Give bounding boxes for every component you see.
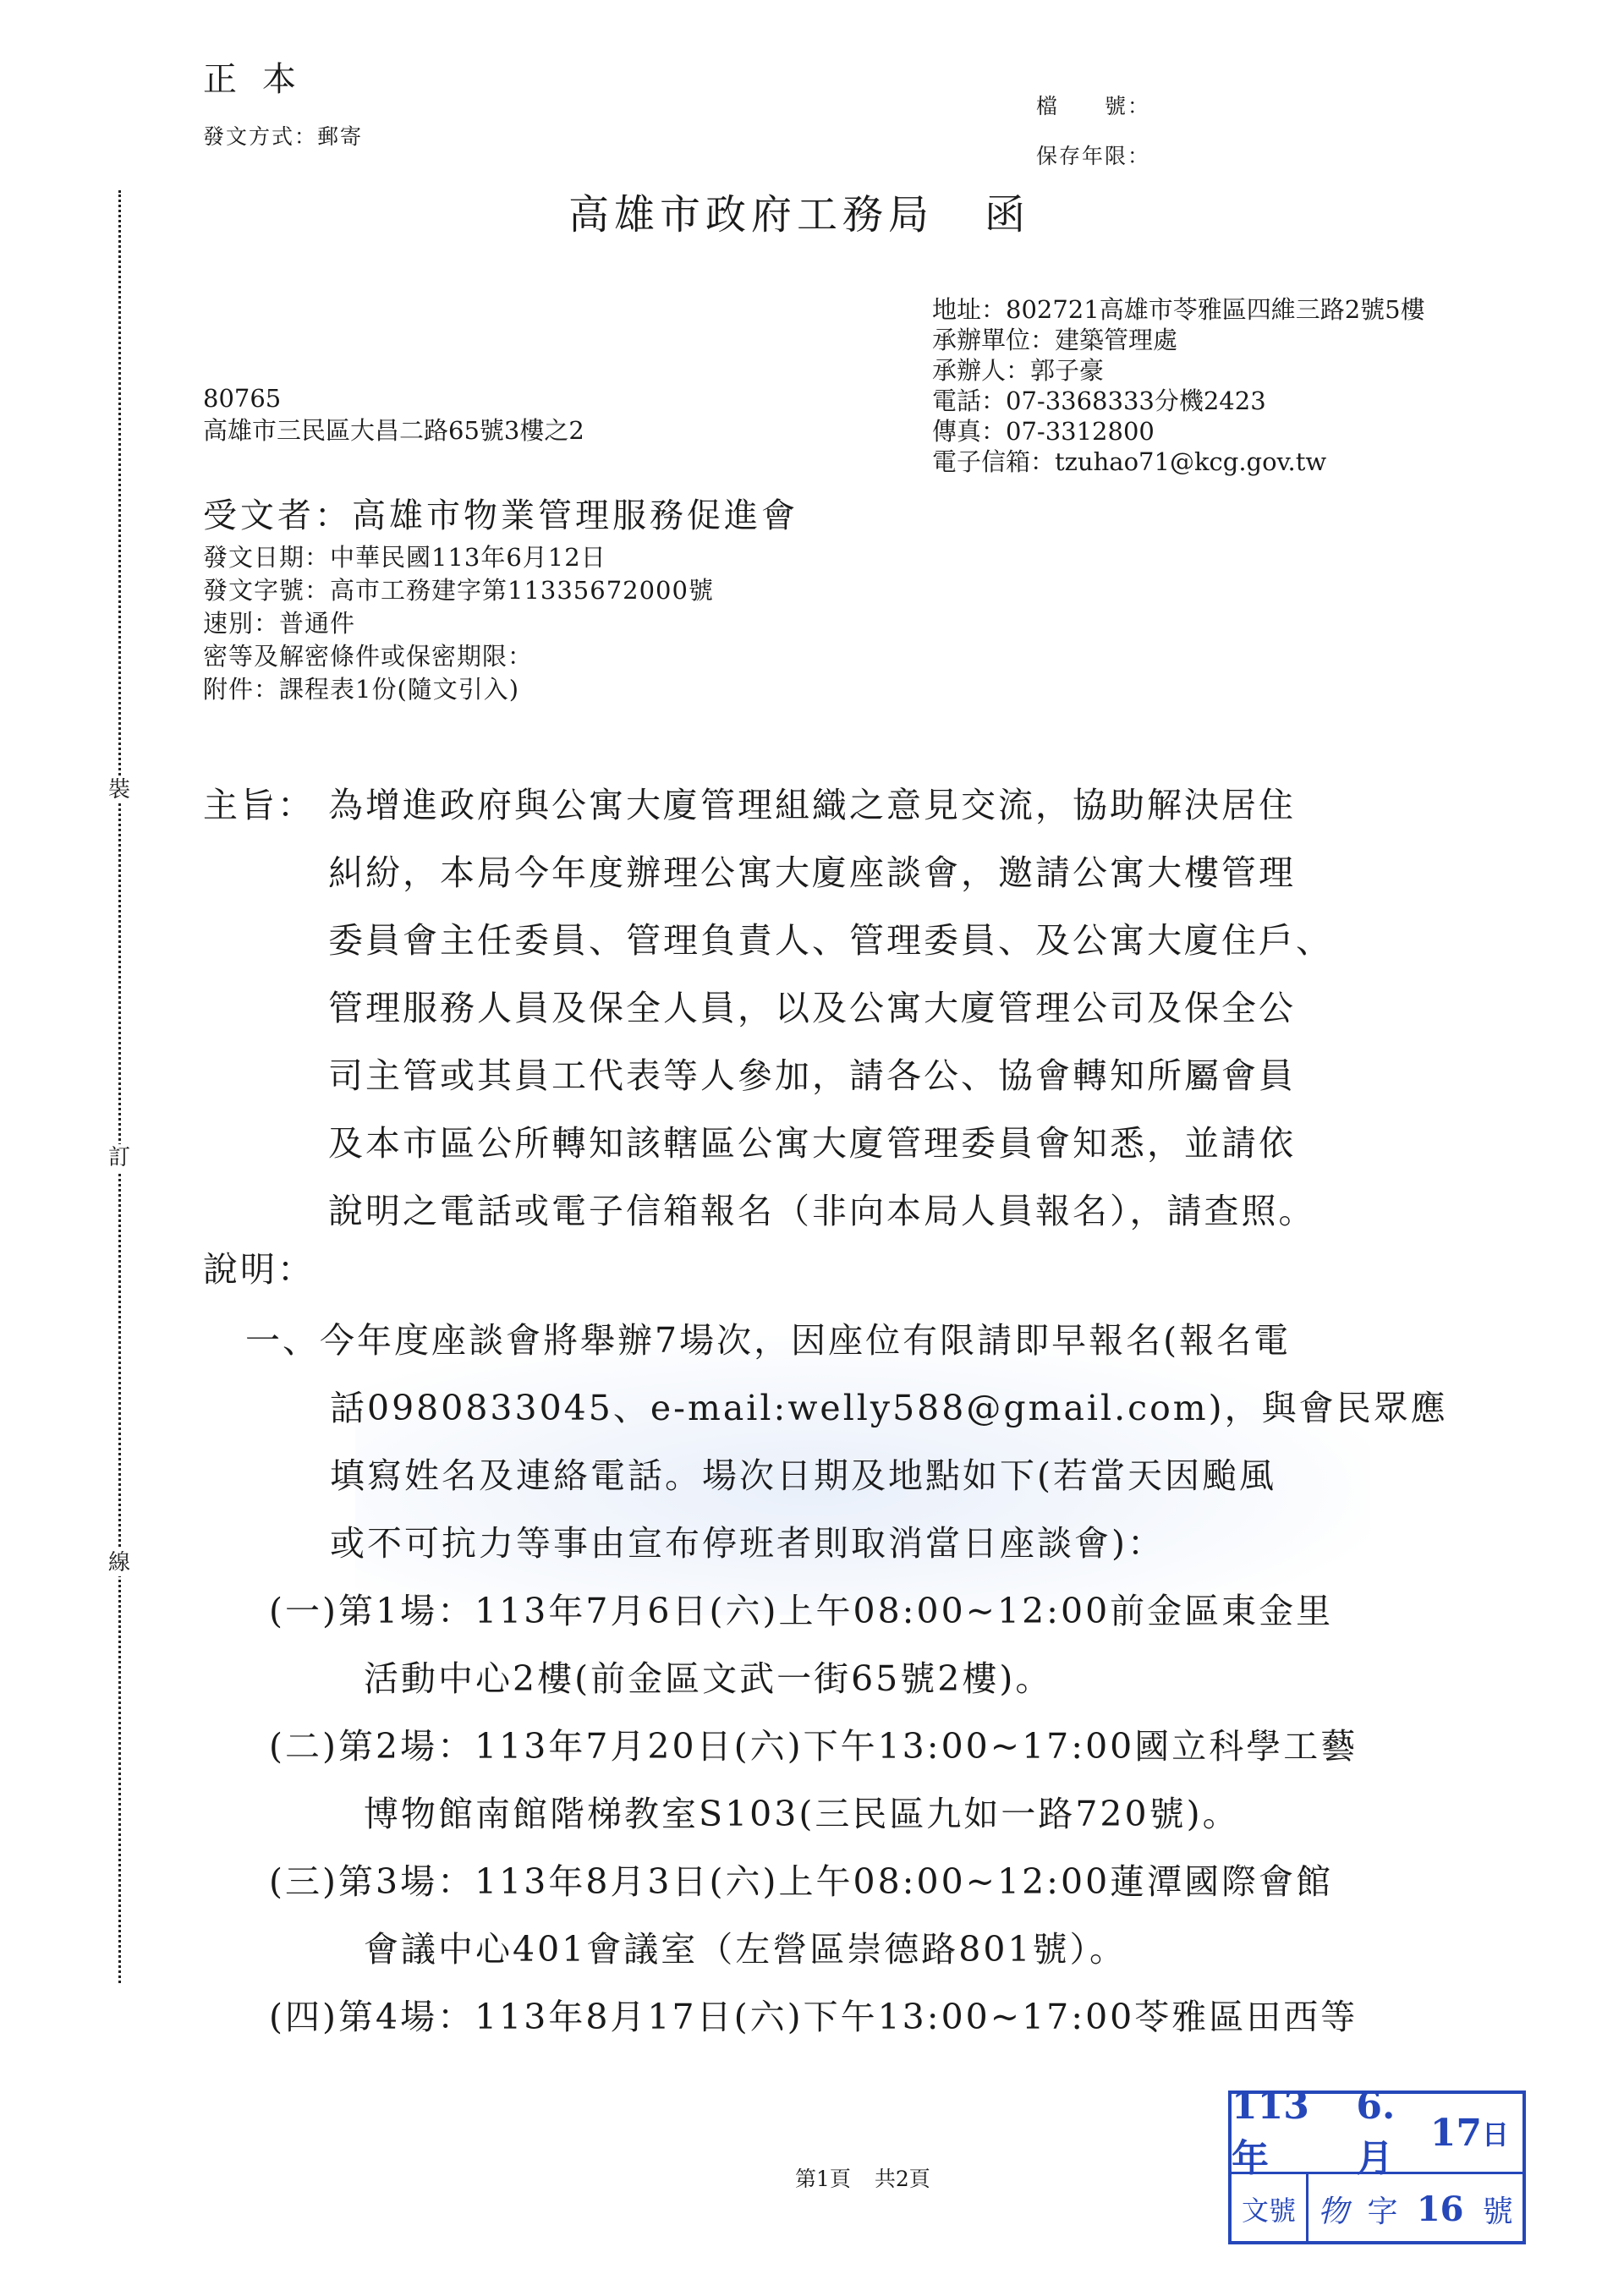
session-line: (三)第3場：113年8月3日(六)上午08:00~12:00蓮潭國際會館 [269, 1848, 1333, 1915]
session-line: (二)第2場：113年7月20日(六)下午13:00~17:00國立科學工藝 [269, 1712, 1358, 1780]
session-3: (三)第3場：113年8月3日(六)上午08:00~12:00蓮潭國際會館 會議… [269, 1848, 1333, 1983]
stamp-day: 17 [1430, 2112, 1482, 2155]
explanation-line: 填寫姓名及連絡電話。場次日期及地點如下(若當天因颱風 [245, 1442, 1448, 1510]
stamp-doc-number-row: 文號 物 字 16 號 [1232, 2174, 1522, 2244]
binding-mark-ding: 訂 [106, 1144, 133, 1171]
issuer-fax: 傳真：07-3312800 [932, 416, 1425, 447]
subject-label: 主旨： [203, 771, 328, 839]
title-org: 高雄市政府工務局 [568, 191, 934, 238]
subject-line: 糾紛，本局今年度辦理公寓大廈座談會，邀請公寓大樓管理 [203, 839, 1333, 907]
stamp-date: 113年 6.月 17 日 [1232, 2094, 1522, 2174]
stamp-year: 113年 [1232, 2085, 1343, 2182]
subject-line: 委員會主任委員、管理負責人、管理委員、及公寓大廈住戶、 [203, 907, 1333, 974]
title-kind: 函 [985, 191, 1030, 238]
session-line: 會議中心401會議室（左營區崇德路801號）。 [269, 1915, 1333, 1983]
issuer-info: 地址：802721高雄市苓雅區四維三路2號5樓 承辦單位：建築管理處 承辦人：郭… [932, 294, 1425, 477]
stamp-month: 6.月 [1356, 2085, 1429, 2182]
stamp-doc-word: 字 [1367, 2188, 1397, 2231]
subject-line: 為增進政府與公寓大廈管理組織之意見交流，協助解決居住 [328, 785, 1296, 825]
binding-mark-xian: 線 [106, 1549, 133, 1576]
page-footer: 第1頁共2頁 [795, 2162, 930, 2193]
copy-type: 正本 [203, 52, 321, 101]
send-method: 發文方式：郵寄 [203, 120, 363, 151]
issuer-email: 電子信箱：tzuhao71@kcg.gov.tw [932, 447, 1425, 477]
secrecy-level: 密等及解密條件或保密期限： [203, 640, 714, 673]
attachment: 附件：課程表1份(隨文引入) [203, 673, 714, 706]
session-line: 博物館南館階梯教室S103(三民區九如一路720號)。 [269, 1780, 1358, 1848]
explanation-line: 話0980833045、e-mail:welly588@gmail.com)，與… [245, 1374, 1448, 1442]
speed-class: 速別：普通件 [203, 607, 714, 640]
session-line: 活動中心2樓(前金區文武一街65號2樓)。 [269, 1645, 1333, 1712]
stamp-doc-value: 物 字 16 號 [1309, 2188, 1522, 2231]
issue-date: 發文日期：中華民國113年6月12日 [203, 541, 714, 574]
explanation-line: 或不可抗力等事由宣布停班者則取消當日座談會)： [245, 1510, 1448, 1577]
stamp-doc-label: 文號 [1232, 2174, 1309, 2244]
subject-line: 管理服務人員及保全人員，以及公寓大廈管理公司及保全公 [203, 974, 1333, 1042]
issuer-phone: 電話：07-3368333分機2423 [932, 386, 1425, 416]
document-title: 高雄市政府工務局函 [568, 182, 1030, 240]
received-date-stamp: 113年 6.月 17 日 文號 物 字 16 號 [1228, 2091, 1526, 2244]
issuer-unit: 承辦單位：建築管理處 [932, 325, 1425, 355]
session-2: (二)第2場：113年7月20日(六)下午13:00~17:00國立科學工藝 博… [269, 1712, 1358, 1848]
document-meta: 發文日期：中華民國113年6月12日 發文字號：高市工務建字第113356720… [203, 541, 714, 706]
binding-dotted-line [118, 190, 121, 1983]
doc-number: 發文字號：高市工務建字第11335672000號 [203, 574, 714, 607]
session-1: (一)第1場：113年7月6日(六)上午08:00~12:00前金區東金里 活動… [269, 1577, 1333, 1712]
retention-label: 保存年限： [1036, 140, 1150, 170]
subject-line: 司主管或其員工代表等人參加，請各公、協會轉知所屬會員 [203, 1042, 1333, 1110]
stamp-doc-suffix: 號 [1483, 2188, 1513, 2231]
stamp-doc-number: 16 [1417, 2189, 1464, 2229]
explanation-item-1: 一、今年度座談會將舉辦7場次，因座位有限請即早報名(報名電 話098083304… [245, 1307, 1448, 1577]
recipient: 受文者：高雄市物業管理服務促進會 [203, 489, 798, 537]
explanation-label: 說明： [203, 1241, 315, 1291]
issuer-address: 地址：802721高雄市苓雅區四維三路2號5樓 [932, 294, 1425, 325]
recipient-address: 80765 高雄市三民區大昌二路65號3樓之2 [203, 382, 584, 447]
recipient-postal-code: 80765 [203, 382, 584, 414]
issuer-handler: 承辦人：郭子豪 [932, 355, 1425, 386]
subject-line: 說明之電話或電子信箱報名（非向本局人員報名），請查照。 [203, 1177, 1333, 1245]
page-current: 第1頁 [795, 2167, 851, 2191]
file-number-label: 檔 號： [1036, 90, 1150, 120]
session-4: (四)第4場：113年8月17日(六)下午13:00~17:00苓雅區田西等 [269, 1983, 1358, 2051]
stamp-day-suffix: 日 [1482, 2113, 1509, 2152]
binding-mark-zhuang: 裝 [106, 776, 133, 803]
recipient-street-address: 高雄市三民區大昌二路65號3樓之2 [203, 414, 584, 447]
session-line: (四)第4場：113年8月17日(六)下午13:00~17:00苓雅區田西等 [269, 1983, 1358, 2051]
subject-section: 主旨：為增進政府與公寓大廈管理組織之意見交流，協助解決居住 糾紛，本局今年度辦理… [203, 771, 1333, 1245]
explanation-line: 一、今年度座談會將舉辦7場次，因座位有限請即早報名(報名電 [245, 1307, 1448, 1374]
session-line: (一)第1場：113年7月6日(六)上午08:00~12:00前金區東金里 [269, 1577, 1333, 1645]
stamp-doc-char: 物 [1318, 2188, 1348, 2231]
subject-line: 及本市區公所轉知該轄區公寓大廈管理委員會知悉，並請依 [203, 1110, 1333, 1177]
page-total: 共2頁 [875, 2167, 930, 2191]
